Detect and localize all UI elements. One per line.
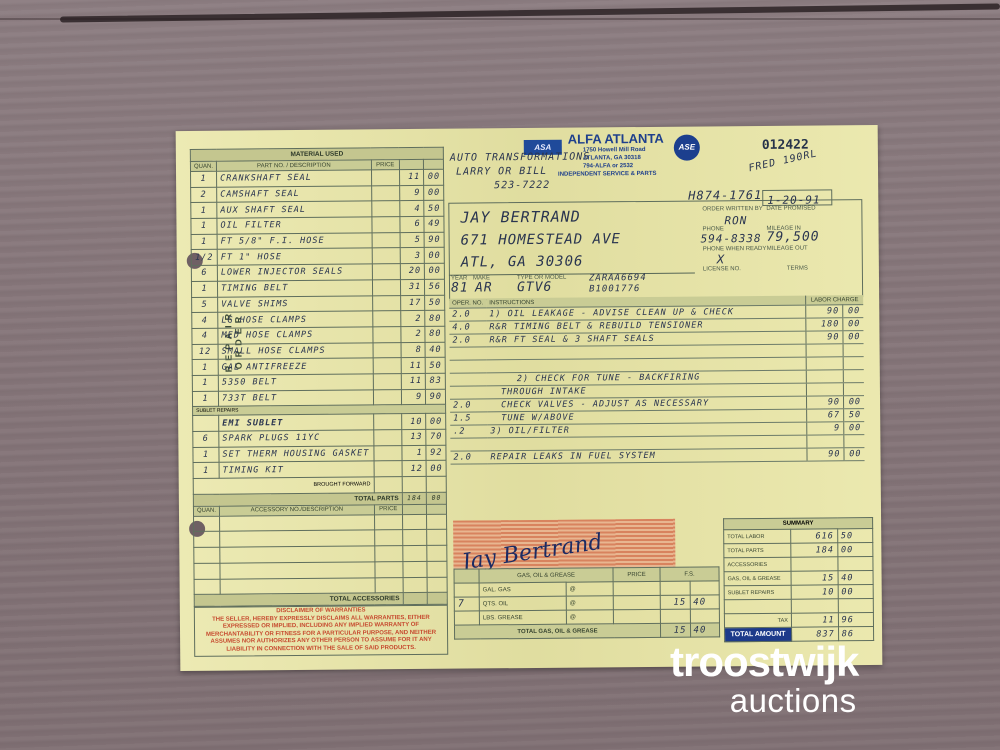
ase-logo-icon: ASE: [674, 135, 700, 161]
gas-total-row: TOTAL GAS, OIL & GREASE1540: [454, 623, 719, 639]
summary-row: ACCESSORIES: [724, 557, 873, 572]
troostwijk-watermark-logo: troostwijk auctions: [670, 640, 858, 718]
summary-row: GAS, OIL & GREASE1540: [724, 571, 873, 586]
vehicle-year: 81: [451, 281, 469, 296]
labor-table: OPER. NO.INSTRUCTIONSLABOR CHARGE 2.01) …: [449, 295, 864, 465]
customer-name: JAY BERTRAND: [460, 208, 581, 227]
customer-city: ATL, GA 30306: [461, 254, 584, 271]
shop-header: ASA ALFA ATLANTA 1750 Howell Mill Road A…: [448, 125, 869, 189]
vehicle-model: GTV6: [517, 280, 552, 295]
shop-address-line1: 1750 Howell Mill Road: [583, 147, 646, 154]
vehicle-make: AR: [475, 280, 493, 295]
summary-row: TOTAL LABOR61650: [724, 529, 873, 544]
phone-when-ready-checkbox[interactable]: X: [717, 252, 725, 266]
watermark-line2: auctions: [728, 684, 858, 718]
summary-row: SUBLET REPAIRS1000: [724, 585, 873, 600]
handwritten-note: 523-7222: [494, 180, 550, 191]
handwritten-note: LARRY OR BILL: [456, 166, 547, 178]
shop-tagline: INDEPENDENT SERVICE & PARTS: [558, 171, 657, 178]
date-box: 1-20-91: [762, 189, 832, 206]
plank-seam: [0, 18, 1000, 20]
customer-street: 671 HOMESTEAD AVE: [461, 231, 621, 248]
col-quantity: QUAN.: [190, 161, 216, 171]
shop-name: ALFA ATLANTA: [568, 131, 664, 147]
watermark-line1: troostwijk: [670, 640, 858, 684]
summary-table: SUMMARY TOTAL LABOR61650 TOTAL PARTS1840…: [723, 517, 874, 642]
vehicle-serial: ZARAA6694 B1001776: [589, 273, 679, 296]
disclaimer-of-warranties: DISCLAIMER OF WARRANTIES THE SELLER, HER…: [194, 605, 448, 657]
repair-order-form: REPAIR ORDER MATERIAL USED QUAN. PART NO…: [176, 125, 883, 671]
material-used-table: MATERIAL USED QUAN. PART NO. / DESCRIPTI…: [190, 147, 448, 607]
handwritten-note: AUTO TRANSFORMATIONS: [450, 151, 591, 163]
shop-address-line2: ATLANTA, GA 30318: [583, 155, 641, 162]
col-price: PRICE: [371, 160, 399, 170]
summary-row: TOTAL PARTS18400: [724, 543, 873, 558]
disclaimer-text: THE SELLER, HEREBY EXPRESSLY DISCLAIMS A…: [198, 614, 444, 654]
gas-oil-grease-table: GAS, OIL & GREASEPRICEF.S. GAL. GAS@ 7QT…: [453, 566, 720, 639]
mileage-in: 79,500: [767, 229, 820, 244]
summary-row: [724, 599, 873, 614]
summary-row: TAX1196: [724, 613, 873, 628]
customer-phone: 594-8338: [701, 232, 762, 246]
order-written-by: RON: [724, 214, 747, 227]
shop-phone: 794-ALFA or 2532: [583, 163, 633, 169]
labor-row: 2.0REPAIR LEAKS IN FUEL SYSTEM9000: [450, 448, 864, 465]
